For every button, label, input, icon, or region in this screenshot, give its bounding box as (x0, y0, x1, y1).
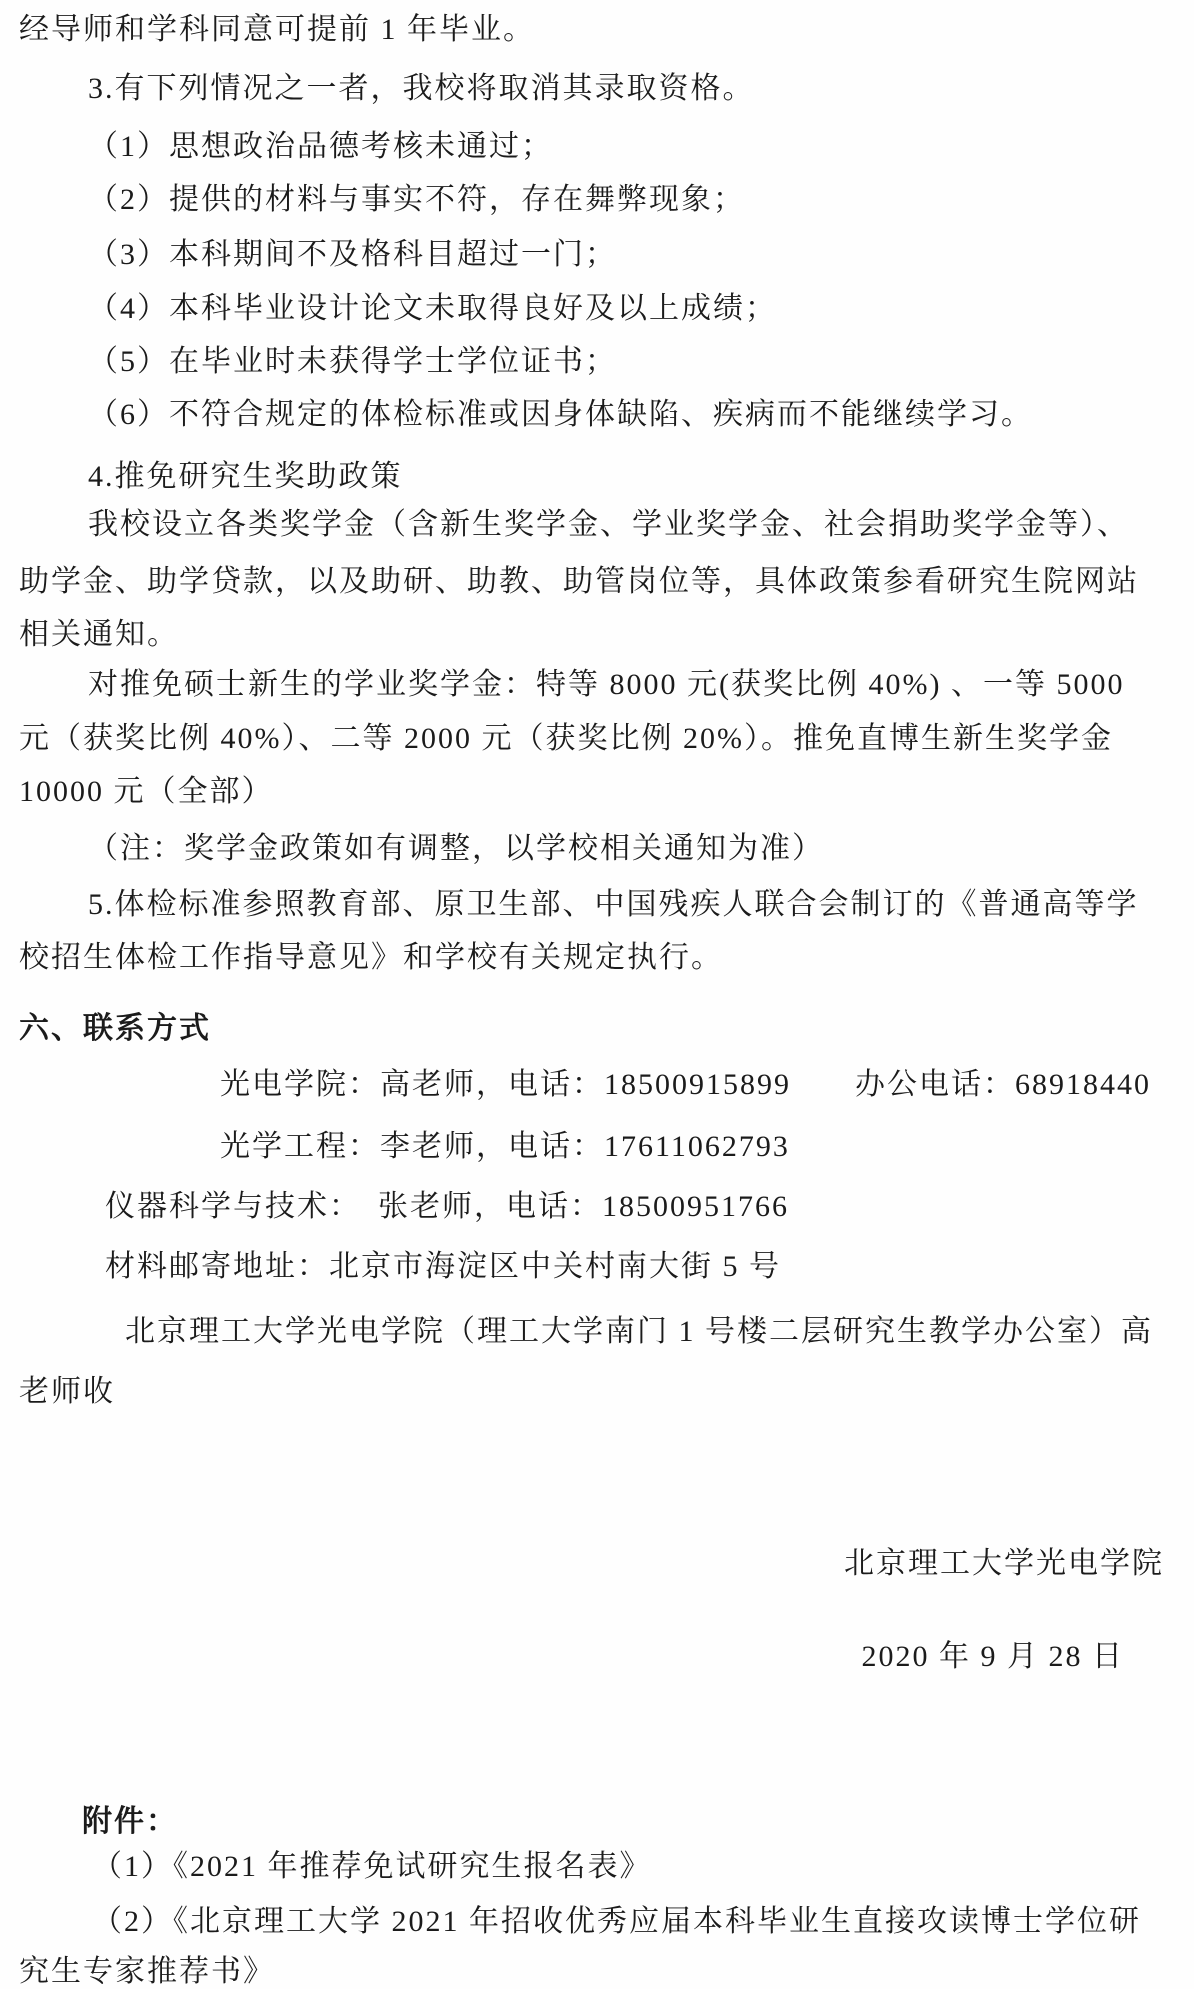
contact-line-optical-engineering: 光学工程：李老师，电话：17611062793 (220, 1130, 790, 1164)
item5-line-2: 校招生体检工作指导意见》和学校有关规定执行。 (19, 941, 723, 975)
signature-organization: 北京理工大学光电学院 (844, 1547, 1164, 1581)
contact-line-instrument-science: 仪器科学与技术： 张老师，电话：18500951766 (105, 1190, 789, 1224)
item4-heading: 4.推免研究生奖助政策 (88, 460, 403, 494)
signature-date: 2020 年 9 月 28 日 (862, 1640, 1125, 1674)
item5-line-1: 5.体检标准参照教育部、原卫生部、中国残疾人联合会制订的《普通高等学 (88, 888, 1139, 922)
body-line-early-graduation: 经导师和学科同意可提前 1 年毕业。 (19, 13, 535, 47)
recipient-address-line-1: 北京理工大学光电学院（理工大学南门 1 号楼二层研究生教学办公室）高 (125, 1315, 1153, 1349)
recipient-address-line-2: 老师收 (19, 1375, 115, 1409)
contact-line-optoelectronics: 光电学院：高老师，电话：18500915899 办公电话：68918440 (220, 1068, 1151, 1102)
disqualification-item-3: （3）本科期间不及格科目超过一门； (88, 238, 617, 272)
scholarship-paragraph-line-2: 助学金、助学贷款，以及助研、助教、助管岗位等，具体政策参看研究生院网站 (19, 565, 1139, 599)
attachments-heading: 附件： (82, 1805, 178, 1839)
scholarship-note: （注：奖学金政策如有调整，以学校相关通知为准） (88, 832, 824, 866)
scholarship-amount-line-3: 10000 元（全部） (19, 775, 274, 809)
scholarship-paragraph-line-1: 我校设立各类奖学金（含新生奖学金、学业奖学金、社会捐助奖学金等）、 (88, 508, 1129, 542)
disqualification-item-6: （6）不符合规定的体检标准或因身体缺陷、疾病而不能继续学习。 (88, 398, 1033, 432)
disqualification-item-4: （4）本科毕业设计论文未取得良好及以上成绩； (88, 292, 777, 326)
scholarship-amount-line-2: 元（获奖比例 40%）、二等 2000 元（获奖比例 20%）。推免直博生新生奖… (19, 722, 1113, 756)
mailing-address-line: 材料邮寄地址：北京市海淀区中关村南大街 5 号 (105, 1250, 781, 1284)
disqualification-item-1: （1）思想政治品德考核未通过； (88, 130, 553, 164)
disqualification-item-5: （5）在毕业时未获得学士学位证书； (88, 345, 617, 379)
disqualification-item-2: （2）提供的材料与事实不符，存在舞弊现象； (88, 183, 745, 217)
document-page: 经导师和学科同意可提前 1 年毕业。 3.有下列情况之一者，我校将取消其录取资格… (0, 0, 1194, 1989)
scholarship-paragraph-line-3: 相关通知。 (19, 618, 179, 652)
scholarship-amount-line-1: 对推免硕士新生的学业奖学金：特等 8000 元(获奖比例 40%) 、一等 50… (88, 668, 1124, 702)
attachment-item-1: （1）《2021 年推荐免试研究生报名表》 (92, 1850, 652, 1884)
attachment-item-2-line-1: （2）《北京理工大学 2021 年招收优秀应届本科毕业生直接攻读博士学位研 (92, 1905, 1141, 1939)
attachment-item-2-line-2: 究生专家推荐书》 (19, 1955, 275, 1989)
contact-section-heading: 六、联系方式 (19, 1012, 211, 1046)
item3-heading: 3.有下列情况之一者，我校将取消其录取资格。 (88, 72, 755, 106)
